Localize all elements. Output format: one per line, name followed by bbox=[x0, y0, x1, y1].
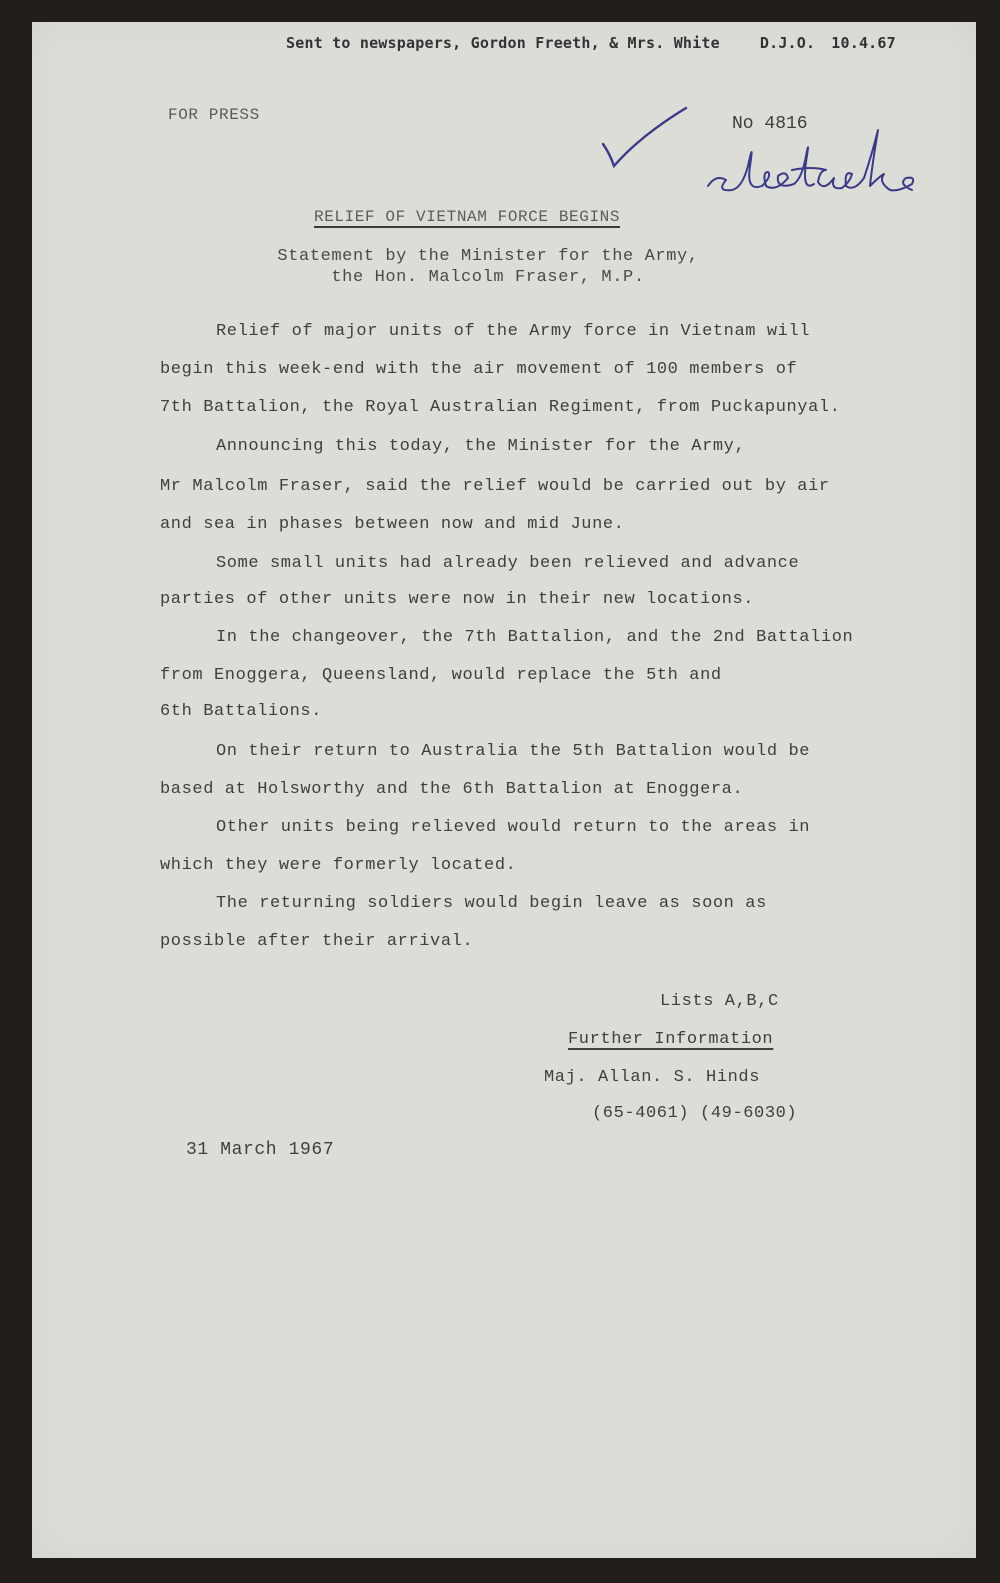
paragraph-2-line-1: Announcing this today, the Minister for … bbox=[216, 437, 745, 456]
contact-name: Maj. Allan. S. Hinds bbox=[544, 1068, 760, 1087]
document-page: Sent to newspapers, Gordon Freeth, & Mrs… bbox=[32, 22, 976, 1558]
paragraph-1-line-3: 7th Battalion, the Royal Australian Regi… bbox=[160, 398, 841, 417]
paragraph-4-line-2: from Enoggera, Queensland, would replace… bbox=[160, 666, 722, 685]
release-label: FOR PRESS bbox=[168, 106, 260, 124]
issue-date: 31 March 1967 bbox=[186, 1140, 334, 1160]
paragraph-2-line-3: and sea in phases between now and mid Ju… bbox=[160, 515, 624, 534]
paragraph-7-line-1: The returning soldiers would begin leave… bbox=[216, 894, 767, 913]
paragraph-6-line-1: Other units being relieved would return … bbox=[216, 818, 810, 837]
initials: D.J.O. bbox=[760, 34, 815, 52]
signature-icon bbox=[702, 126, 922, 212]
subtitle-line-1: Statement by the Minister for the Army, bbox=[238, 246, 738, 267]
checkmark-icon bbox=[600, 106, 690, 176]
paragraph-1-line-1: Relief of major units of the Army force … bbox=[216, 322, 810, 341]
paragraph-3-line-1: Some small units had already been reliev… bbox=[216, 554, 799, 573]
paragraph-5-line-2: based at Holsworthy and the 6th Battalio… bbox=[160, 780, 743, 799]
paragraph-2-line-2: Mr Malcolm Fraser, said the relief would… bbox=[160, 477, 830, 496]
document-title: RELIEF OF VIETNAM FORCE BEGINS bbox=[314, 208, 620, 226]
distribution-text: Sent to newspapers, Gordon Freeth, & Mrs… bbox=[286, 34, 720, 52]
paragraph-6-line-2: which they were formerly located. bbox=[160, 856, 516, 875]
paragraph-4-line-3: 6th Battalions. bbox=[160, 702, 322, 721]
paragraph-4-line-1: In the changeover, the 7th Battalion, an… bbox=[216, 628, 853, 647]
note-date: 10.4.67 bbox=[831, 34, 896, 52]
distribution-lists: Lists A,B,C bbox=[660, 992, 779, 1011]
paragraph-7-line-2: possible after their arrival. bbox=[160, 932, 473, 951]
contact-phones: (65-4061) (49-6030) bbox=[592, 1104, 797, 1123]
paragraph-1-line-2: begin this week-end with the air movemen… bbox=[160, 360, 797, 379]
distribution-note: Sent to newspapers, Gordon Freeth, & Mrs… bbox=[286, 34, 896, 52]
paragraph-5-line-1: On their return to Australia the 5th Bat… bbox=[216, 742, 810, 761]
subtitle-line-2: the Hon. Malcolm Fraser, M.P. bbox=[238, 267, 738, 288]
further-info-heading: Further Information bbox=[568, 1030, 773, 1049]
paragraph-3-line-2: parties of other units were now in their… bbox=[160, 590, 754, 609]
